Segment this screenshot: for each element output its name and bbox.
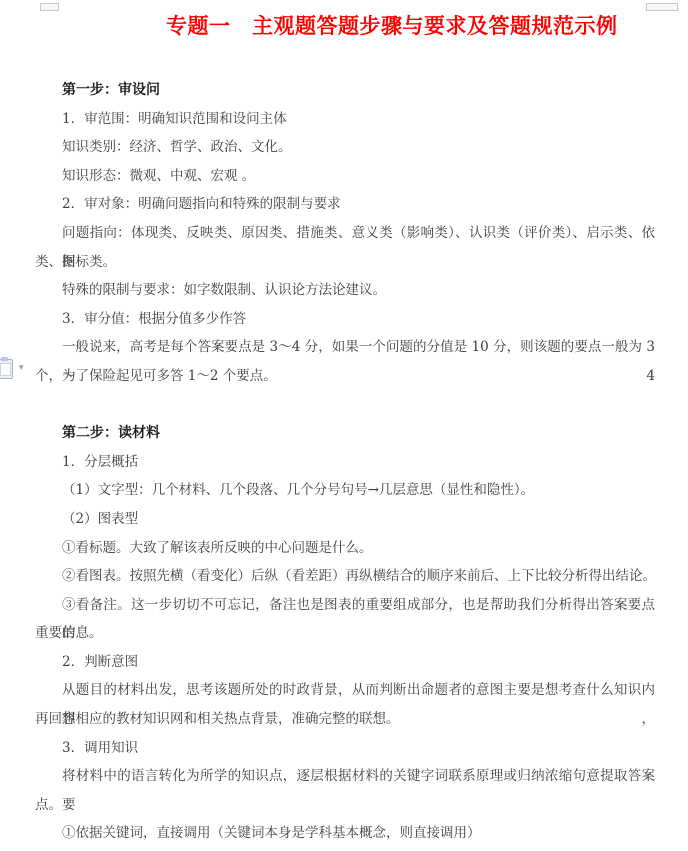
text-line: 特殊的限制与要求：如字数限制、认识论方法论建议。: [35, 276, 655, 305]
text-line: ①看标题。大致了解该表所反映的中心问题是什么。: [35, 534, 655, 563]
paste-options-button[interactable]: ▾: [0, 359, 24, 379]
text-line: 点。: [35, 791, 655, 820]
text-line: 2．审对象：明确问题指向和特殊的限制与要求: [35, 190, 655, 219]
text-line: 一般说来，高考是每个答案要点是 3～4 分，如果一个问题的分值是 10 分，则该…: [35, 333, 655, 362]
text-line: 将材料中的语言转化为所学的知识点，逐层根据材料的关键字词联系原理或归纳浓缩句意提…: [35, 762, 655, 791]
section-heading: 第二步：读材料: [35, 419, 655, 448]
page-margin-mark-right: [646, 3, 678, 11]
text-line: 知识形态：微观、中观、宏观 。: [35, 162, 655, 191]
dropdown-arrow-icon: ▾: [19, 364, 24, 373]
text-line: （1）文字型：几个材料、几个段落、几个分号句号→几层意思（显性和隐性）。: [35, 476, 655, 505]
text-line: 重要信息。: [35, 619, 655, 648]
clipboard-icon: [0, 359, 13, 379]
page-margin-mark-left: [40, 3, 59, 11]
text-line: ②看图表。按照先横（看变化）后纵（看差距）再纵横结合的顺序来前后、上下比较分析得…: [35, 562, 655, 591]
text-line: （2）图表型: [35, 505, 655, 534]
text-line: 问题指向：体现类、反映类、原因类、措施类、意义类（影响类）、认识类（评价类）、启…: [35, 219, 655, 248]
text-line: 1．分层概括: [35, 448, 655, 477]
text-line: 3．审分值：根据分值多少作答: [35, 305, 655, 334]
document-body: 第一步：审设问1．审范围：明确知识范围和设问主体知识类别：经济、哲学、政治、文化…: [35, 76, 655, 848]
text-line: 从题目的材料出发，思考该题所处的时政背景，从而判断出命题者的意图主要是想考查什么…: [35, 676, 655, 705]
text-line: 知识类别：经济、哲学、政治、文化。: [35, 133, 655, 162]
section-heading: 第一步：审设问: [35, 76, 655, 105]
text-line: 3．调用知识: [35, 734, 655, 763]
text-line: 类、图标类。: [35, 248, 655, 277]
text-line: 2．判断意图: [35, 648, 655, 677]
text-line: ①依据关键词，直接调用（关键词本身是学科基本概念，则直接调用）: [35, 819, 655, 848]
page-title: 专题一 主观题答题步骤与要求及答题规范示例: [166, 12, 618, 40]
blank-line: [35, 391, 655, 420]
text-line: ③看备注。这一步切切不可忘记，备注也是图表的重要组成部分，也是帮助我们分析得出答…: [35, 591, 655, 620]
text-line: 1．审范围：明确知识范围和设问主体: [35, 105, 655, 134]
